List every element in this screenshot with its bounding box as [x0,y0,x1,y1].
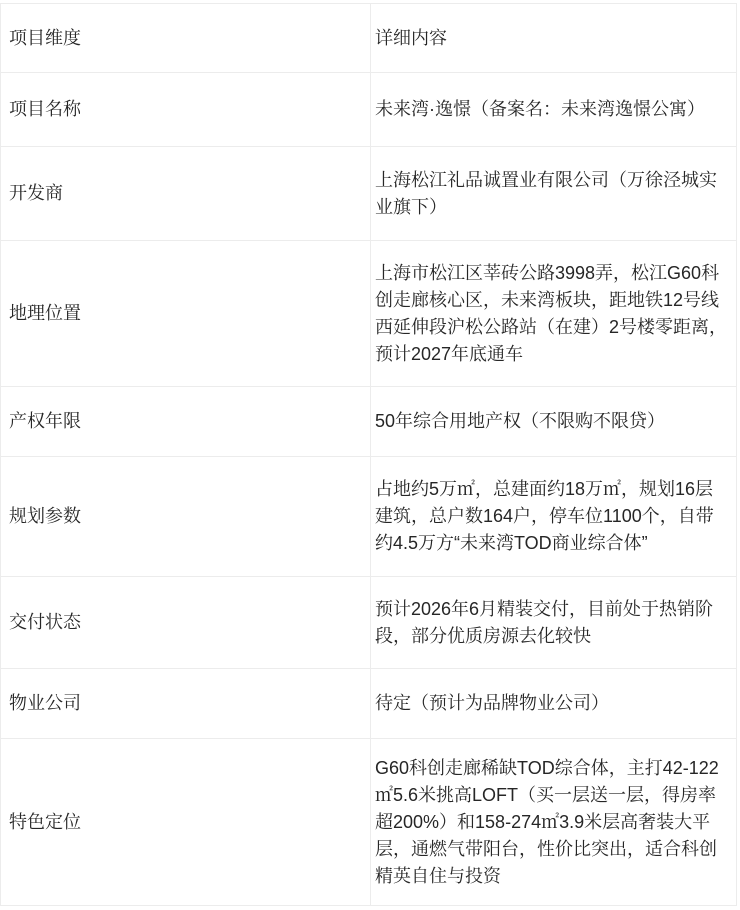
table-row: 开发商上海松江礼品诚置业有限公司（万徐泾城实业旗下） [1,147,737,241]
table-row: 地理位置上海市松江区莘砖公路3998弄，松江G60科创走廊核心区，未来湾板块，距… [1,241,737,387]
table-row: 物业公司待定（预计为品牌物业公司） [1,669,737,739]
project-info-table: 项目维度 详细内容 项目名称未来湾·逸憬（备案名：未来湾逸憬公寓）开发商上海松江… [0,3,737,906]
table-body: 项目名称未来湾·逸憬（备案名：未来湾逸憬公寓）开发商上海松江礼品诚置业有限公司（… [1,73,737,906]
page: 项目维度 详细内容 项目名称未来湾·逸憬（备案名：未来湾逸憬公寓）开发商上海松江… [0,0,740,910]
content-cell: 占地约5万㎡，总建面约18万㎡，规划16层建筑，总户数164户，停车位1100个… [371,457,737,577]
content-cell: 待定（预计为品牌物业公司） [371,669,737,739]
dimension-cell: 特色定位 [1,739,371,906]
content-cell: 未来湾·逸憬（备案名：未来湾逸憬公寓） [371,73,737,147]
table-row: 项目名称未来湾·逸憬（备案名：未来湾逸憬公寓） [1,73,737,147]
dimension-cell: 项目名称 [1,73,371,147]
table-row: 特色定位G60科创走廊稀缺TOD综合体，主打42-122㎡5.6米挑高LOFT（… [1,739,737,906]
header-dimension-cell: 项目维度 [1,4,371,73]
table-row: 交付状态预计2026年6月精装交付，目前处于热销阶段，部分优质房源去化较快 [1,577,737,669]
dimension-cell: 开发商 [1,147,371,241]
content-cell: 上海市松江区莘砖公路3998弄，松江G60科创走廊核心区，未来湾板块，距地铁12… [371,241,737,387]
dimension-cell: 地理位置 [1,241,371,387]
content-cell: 50年综合用地产权（不限购不限贷） [371,387,737,457]
content-cell: 上海松江礼品诚置业有限公司（万徐泾城实业旗下） [371,147,737,241]
dimension-cell: 物业公司 [1,669,371,739]
table-row: 规划参数占地约5万㎡，总建面约18万㎡，规划16层建筑，总户数164户，停车位1… [1,457,737,577]
dimension-cell: 交付状态 [1,577,371,669]
table-row: 产权年限50年综合用地产权（不限购不限贷） [1,387,737,457]
content-cell: 预计2026年6月精装交付，目前处于热销阶段，部分优质房源去化较快 [371,577,737,669]
header-content-cell: 详细内容 [371,4,737,73]
content-cell: G60科创走廊稀缺TOD综合体，主打42-122㎡5.6米挑高LOFT（买一层送… [371,739,737,906]
dimension-cell: 规划参数 [1,457,371,577]
dimension-cell: 产权年限 [1,387,371,457]
header-row: 项目维度 详细内容 [1,4,737,73]
